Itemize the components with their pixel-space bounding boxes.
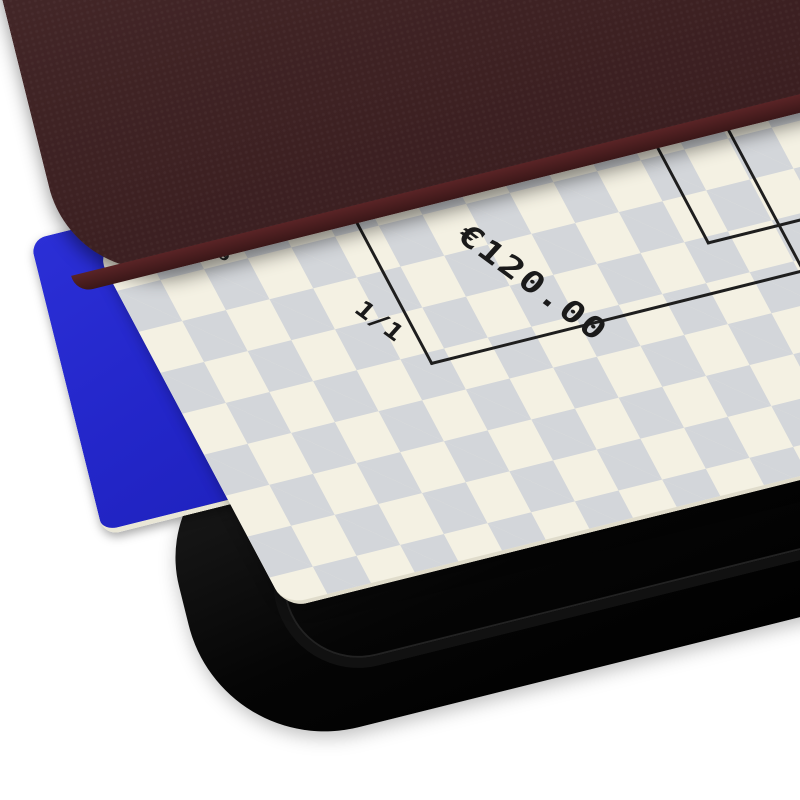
- photo-scene: ɐdɐdɐƃƃǝ 1/1 €120.00: [0, 0, 800, 800]
